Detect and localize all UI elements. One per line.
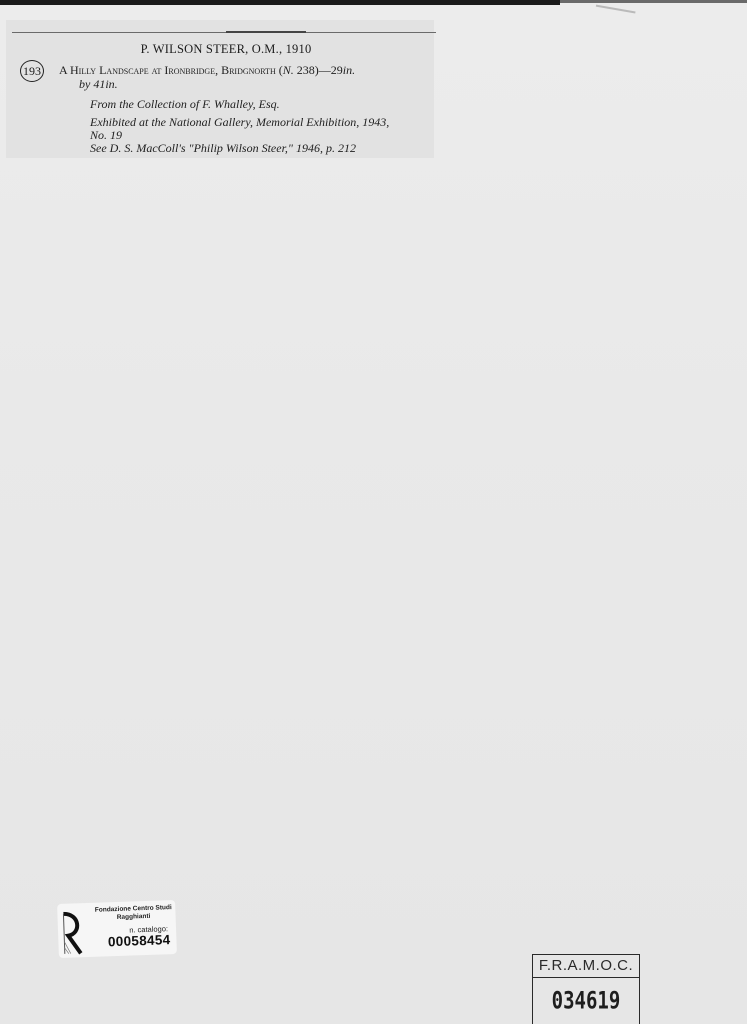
divider-rule-thick [226,31,306,33]
scan-edge-top [0,0,560,5]
title-ref-prefix: ( [276,63,283,77]
stamp-header: F.R.A.M.O.C. [533,955,639,978]
stamp-number: 034619 [533,987,639,1015]
title-ref-italic: N. [283,63,294,77]
literature-line: See D. S. MacColl's "Philip Wilson Steer… [90,141,356,156]
dimension-line: by 41in. [79,77,118,92]
framoc-stamp: F.R.A.M.O.C. 034619 [532,954,640,1024]
provenance-line: From the Collection of F. Whalley, Esq. [90,97,280,112]
institution-name: Fondazione Centro Studi Ragghianti [93,904,174,923]
catalog-label: Fondazione Centro Studi Ragghianti n. ca… [57,900,177,958]
scan-edge-top-right [560,0,747,3]
pencil-mark [594,5,635,22]
artwork-title: A Hilly Landscape at Ironbridge, Bridgno… [59,63,355,78]
title-unit: in. [343,63,355,77]
catalog-number: 00058454 [108,932,171,949]
lot-number-circled: 193 [20,60,44,82]
title-text: A Hilly Landscape at Ironbridge, Bridgno… [59,63,276,77]
catalogue-clipping: P. WILSON STEER, O.M., 1910 193 A Hilly … [6,20,434,158]
ragghianti-logo-icon [61,911,85,956]
divider-rule [12,32,436,33]
artist-heading: P. WILSON STEER, O.M., 1910 [6,42,446,57]
exhibition-line: Exhibited at the National Gallery, Memor… [90,115,389,130]
title-ref-rest: 238)—29 [294,63,343,77]
